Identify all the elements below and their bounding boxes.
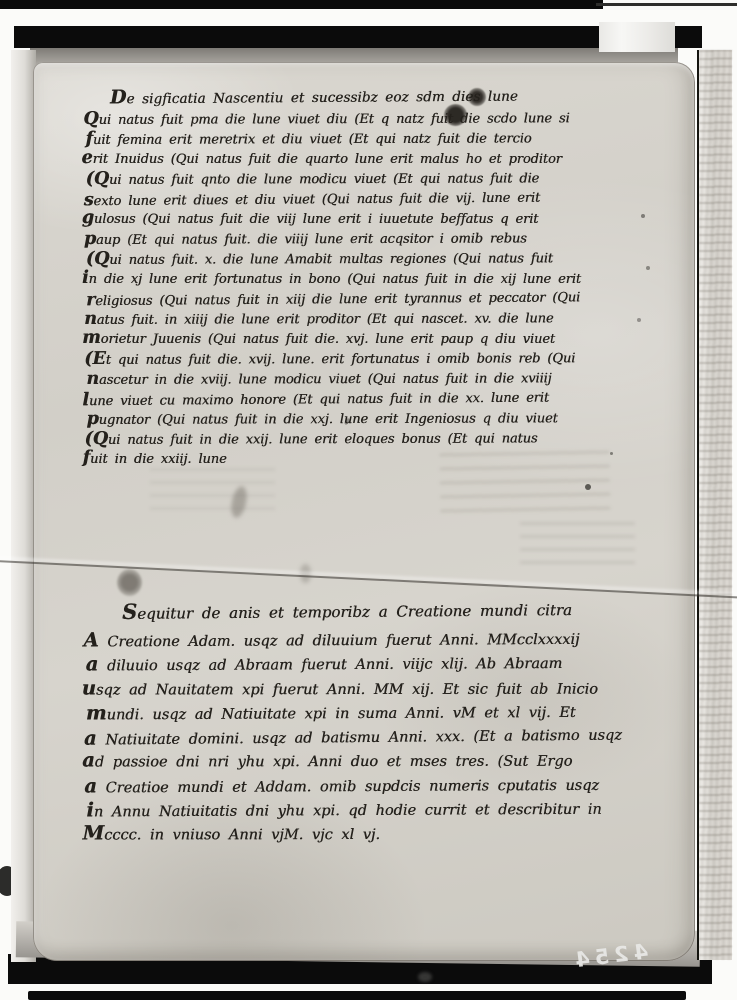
manuscript-text-line: ad passioe dni nri yhu xpi. Anni duo et … <box>82 749 646 774</box>
manuscript-text-line: natus fuit. in xiiij die lune erit prodi… <box>84 308 646 330</box>
facing-page-text-texture <box>699 50 732 960</box>
facing-page-edge <box>697 50 732 960</box>
section1-title: De sigficatia Nascentiu et sucessibz eoz… <box>110 84 518 109</box>
manuscript-text-line: a diluuio usqz ad Abraam fuerut Anni. vi… <box>86 651 646 678</box>
ink-dot <box>646 266 650 270</box>
manuscript-text-line: fuit femina erit meretrix et diu viuet (… <box>85 128 645 150</box>
film-strip-top-thick <box>14 26 604 48</box>
manuscript-text-line: gulosus (Qui natus fuit die viij lune er… <box>82 209 646 229</box>
section1-lines: Qui natus fuit pma die lune viuet diu (E… <box>83 108 646 470</box>
show-through-text <box>150 468 275 510</box>
manuscript-text-line: fuit in die xxiij. lune <box>83 449 647 469</box>
manuscript-text-line: Qui natus fuit pma die lune viuet diu (E… <box>83 108 645 130</box>
manuscript-text-line: (Qui natus fuit in die xxij. lune erit e… <box>84 428 646 450</box>
manuscript-text-line: pugnator (Qui natus fuit in die xxj. lun… <box>86 408 646 430</box>
manuscript-photo: De sigficatia Nascentiu et sucessibz eoz… <box>0 0 737 1000</box>
film-strip-top <box>0 0 603 9</box>
manuscript-text-line: paup (Et qui natus fuit. die viiij lune … <box>84 228 646 250</box>
manuscript-text-line: in die xj lune erit fortunatus in bono (… <box>82 269 646 289</box>
ink-dot <box>585 484 591 490</box>
show-through-text <box>520 522 635 570</box>
film-strip-top-thick-right <box>672 26 702 48</box>
manuscript-text-line: A Creatione Adam. usqz ad diluuium fueru… <box>83 627 645 654</box>
parchment-stain <box>117 569 142 596</box>
film-edge-line <box>596 3 737 6</box>
manuscript-text-line: in Annu Natiuitatis dni yhu xpi. qd hodi… <box>86 797 646 824</box>
manuscript-text-line: (Et qui natus fuit die. xvij. lune. erit… <box>84 348 646 370</box>
manuscript-text-line: (Qui natus fuit. x. die lune Amabit mult… <box>86 248 646 270</box>
manuscript-text-line: usqz ad Nauitatem xpi fuerut Anni. MM xi… <box>82 676 646 701</box>
section2-title: Sequitur de anis et temporibz a Creation… <box>122 595 572 624</box>
manuscript-text-line: a Creatioe mundi et Addam. omib supdcis … <box>84 772 646 799</box>
manuscript-text-line: sexto lune erit diues et diu viuet (Qui … <box>84 187 646 211</box>
manuscript-text-line: erit Inuidus (Qui natus fuit die quarto … <box>82 149 646 169</box>
manuscript-text-line: Mcccc. in vniuso Anni vjM. vjc xl vj. <box>82 822 646 847</box>
section2-lines: A Creatione Adam. usqz ad diluuium fueru… <box>83 627 646 849</box>
film-strip-bottom-thin <box>28 991 686 1000</box>
manuscript-text-line: morietur Juuenis (Qui natus fuit die. xv… <box>82 329 646 349</box>
photo-smudge <box>418 972 432 982</box>
tape-patch <box>599 22 675 52</box>
